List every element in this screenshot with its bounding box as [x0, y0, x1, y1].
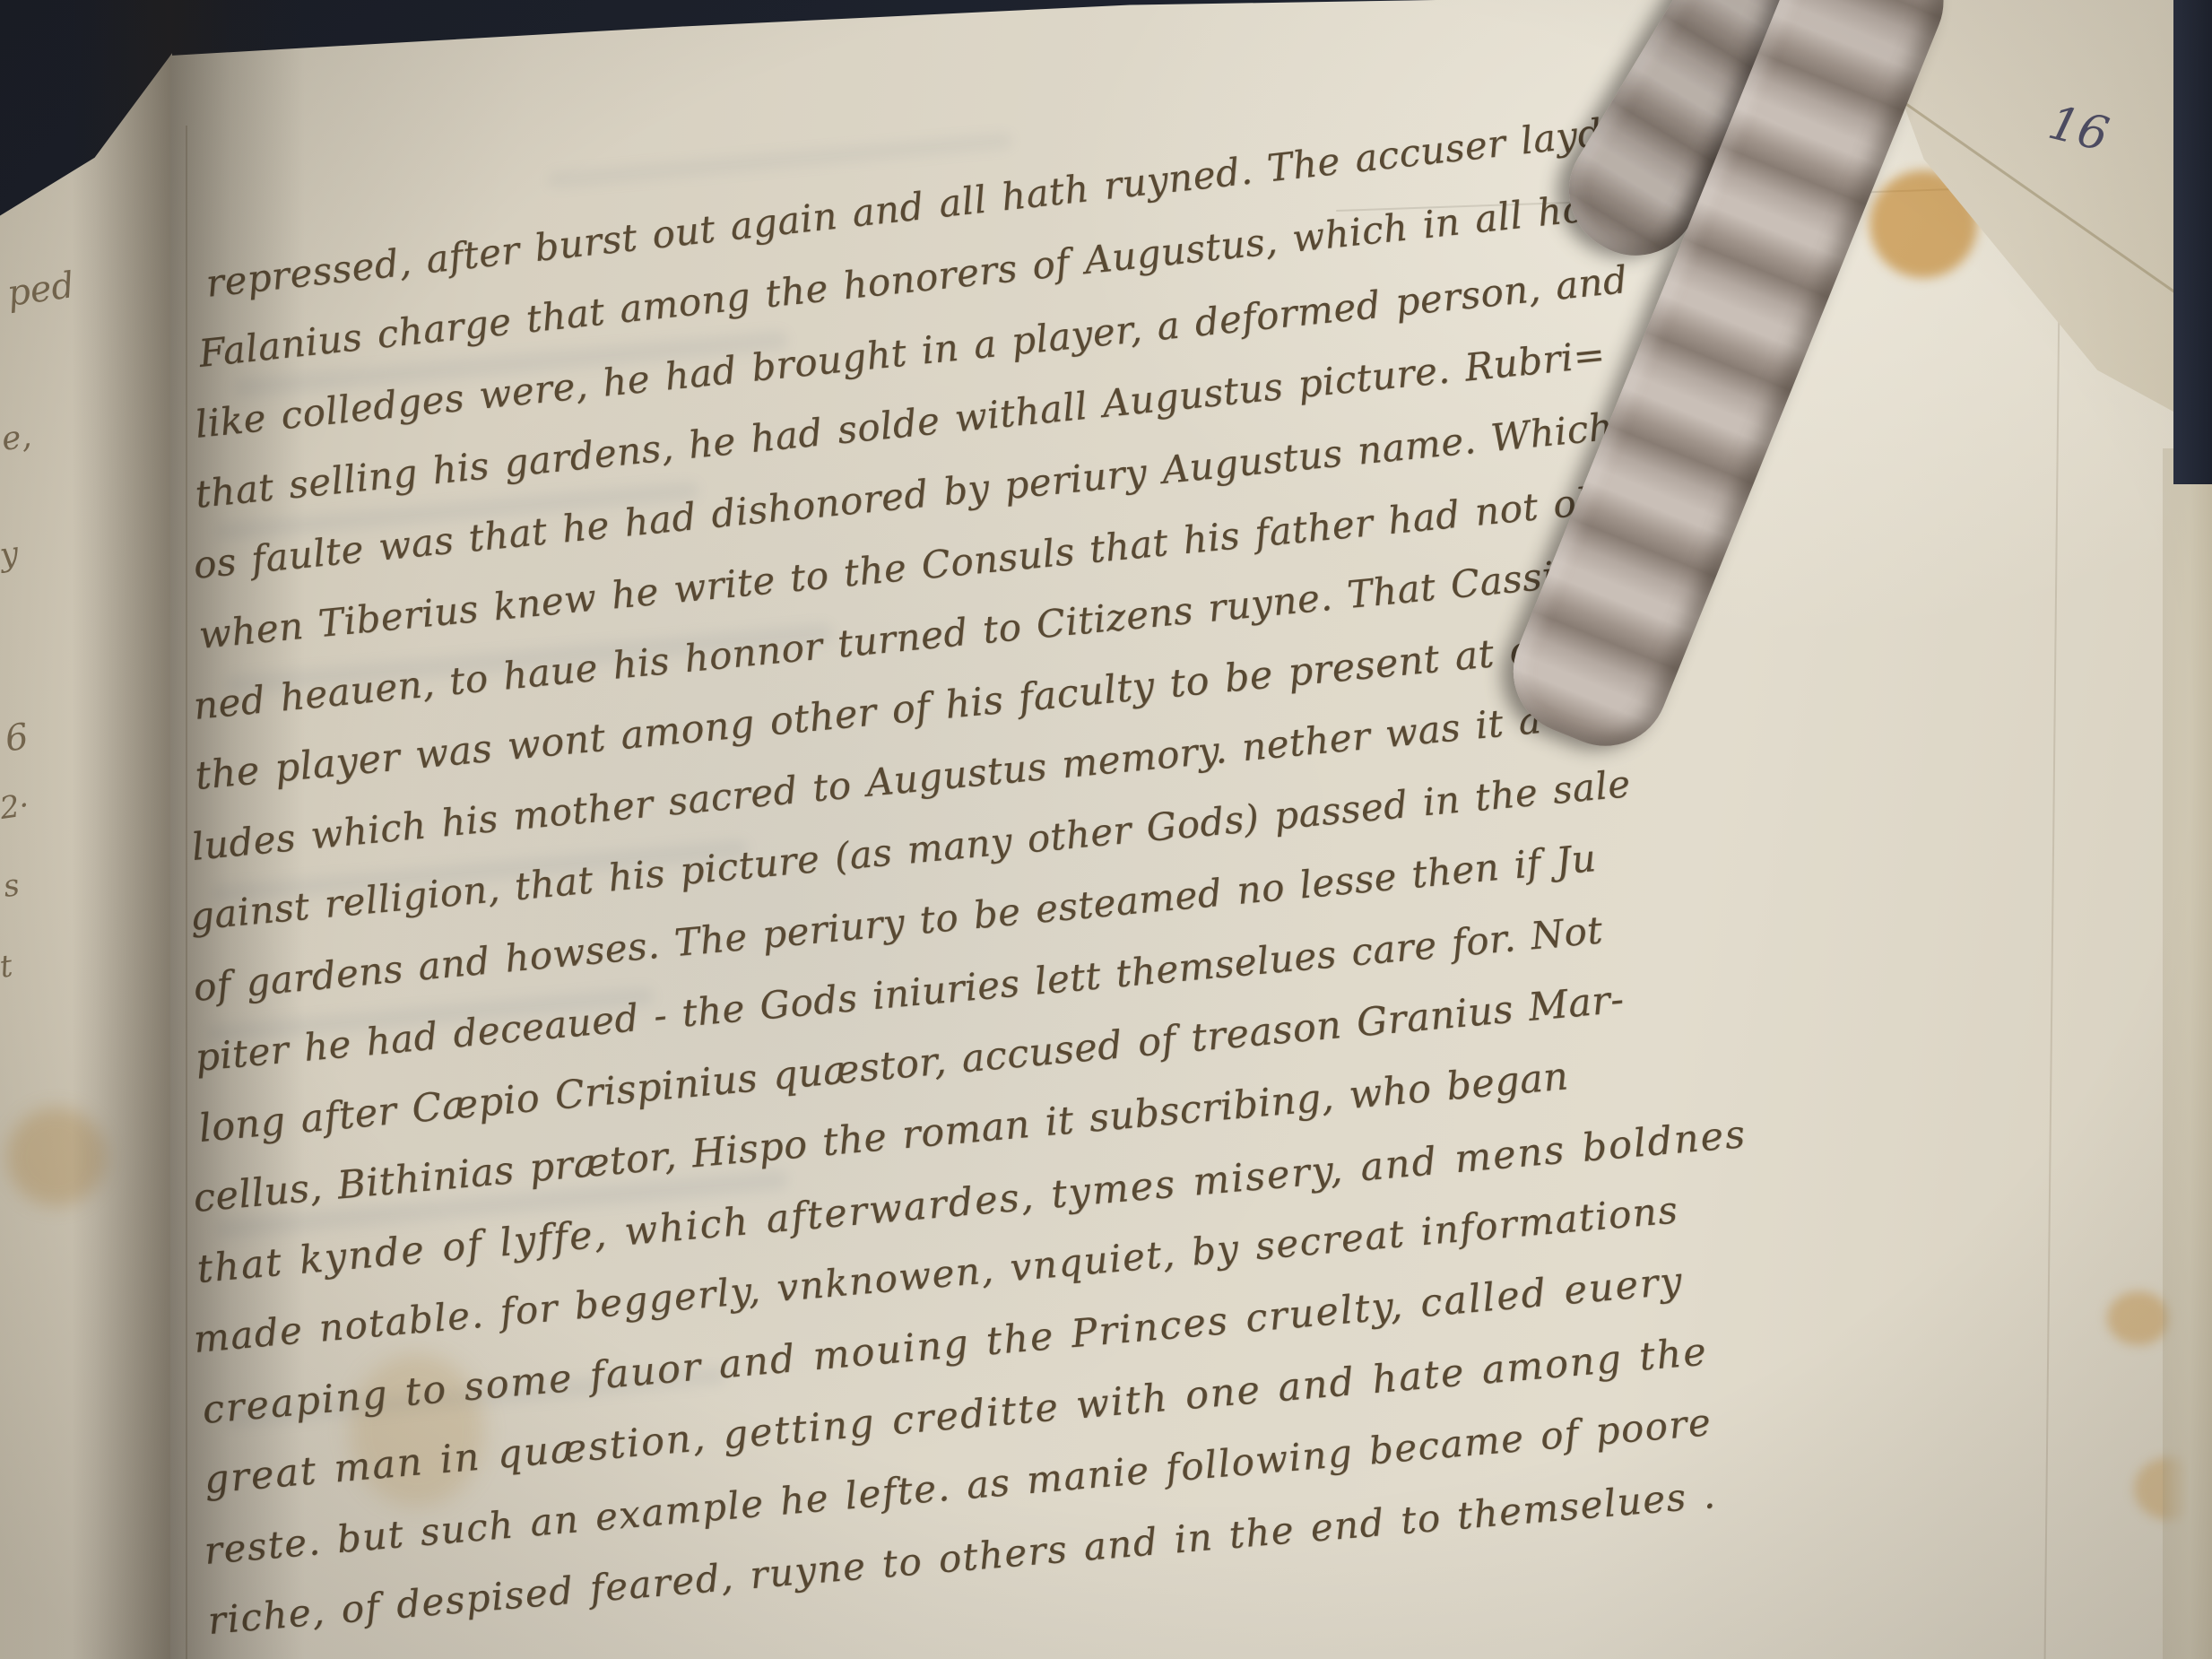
page-number: 16 — [2044, 100, 2113, 159]
facing-page-text-fragment: e, — [0, 418, 33, 458]
left-margin-line — [186, 126, 187, 1659]
facing-page-text-fragment: 2· — [0, 787, 31, 827]
stain — [7, 1107, 106, 1206]
right-margin-line — [2044, 215, 2061, 1659]
book-cover-edge — [2173, 0, 2212, 484]
facing-page-text-fragment: 6 — [3, 716, 31, 760]
facing-page-edge: ped e, y 6 2· s t — [0, 0, 172, 1659]
facing-page-text-fragment: ped — [4, 265, 77, 315]
page-edge-stack — [2163, 448, 2212, 1659]
facing-page-text-fragment: y — [0, 535, 21, 574]
show-through-smudge — [547, 132, 1013, 188]
facing-page-text-fragment: t — [0, 948, 14, 986]
facing-page-text-fragment: s — [1, 867, 22, 905]
manuscript-photo: ped e, y 6 2· s t repressed, after burst… — [0, 0, 2212, 1659]
